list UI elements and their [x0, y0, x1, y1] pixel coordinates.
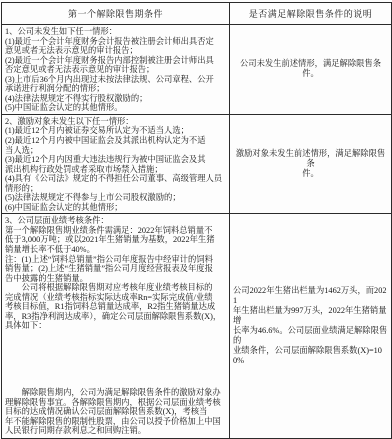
condition-cell-company-situations: 1、公司未发生如下任一情形： (1)最近一个会计年度财务会计报告被注册会计师出具…: [2, 25, 230, 115]
table-row: 2、激励对象未发生以下任一情形： (1)最近12个月内被证券交易所认定为不适当人…: [2, 114, 392, 213]
table-header-row: 第一个解除限售期条件 是否满足解除限售条件的说明: [2, 3, 392, 25]
status-cell-incentive-targets: 激励对象未发生前述情形，满足解除限售条 件。: [230, 114, 392, 213]
table-row: 3、公司层面业绩考核条件： 第一个解除限售期业绩条件需满足：2022年饲料总销量…: [2, 214, 392, 439]
condition-cell-incentive-targets: 2、激励对象未发生以下任一情形： (1)最近12个月内被证券交易所认定为不适当人…: [2, 114, 230, 213]
document-page: 第一个解除限售期条件 是否满足解除限售条件的说明 1、公司未发生如下任一情形： …: [0, 0, 392, 439]
header-status-column: 是否满足解除限售条件的说明: [230, 3, 392, 25]
condition-cell-performance-assessment: 3、公司层面业绩考核条件： 第一个解除限售期业绩条件需满足：2022年饲料总销量…: [2, 214, 230, 439]
header-condition-column: 第一个解除限售期条件: [2, 3, 230, 25]
status-cell-performance-assessment: 公司2022年生猪出栏量为1462万头，而2021 年生猪出栏量为997万头，2…: [230, 214, 392, 439]
table-row: 1、公司未发生如下任一情形： (1)最近一个会计年度财务会计报告被注册会计师出具…: [2, 25, 392, 115]
status-cell-company-situations: 公司未发生前述情形，满足解除限售条件。: [230, 25, 392, 115]
unlock-conditions-table: 第一个解除限售期条件 是否满足解除限售条件的说明 1、公司未发生如下任一情形： …: [1, 2, 392, 439]
